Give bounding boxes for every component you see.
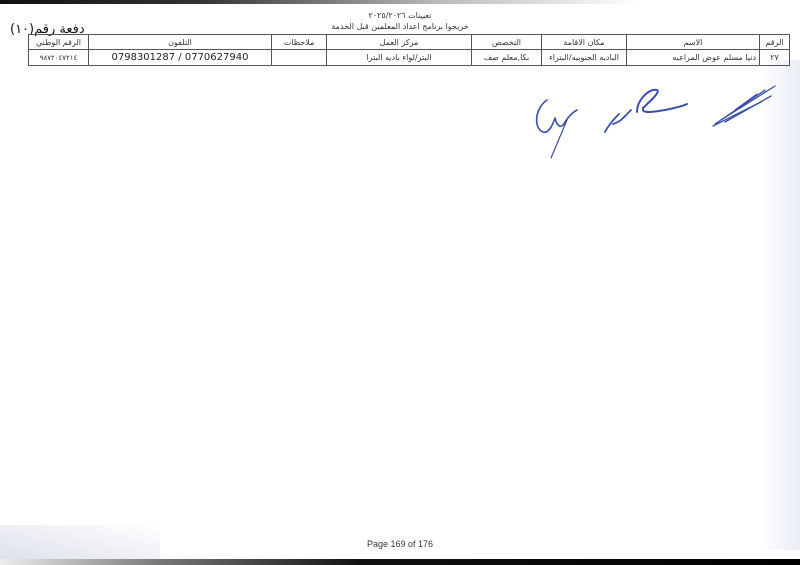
cell-national-id: ٩٨٧٢٠٤٧٢١٤	[29, 50, 89, 66]
cell-specialization: بكا,معلم صف	[472, 50, 542, 66]
cell-number: ٢٧	[760, 50, 790, 66]
header-notes: ملاحظات	[272, 35, 327, 50]
page-number: Page 169 of 176	[0, 539, 800, 549]
cell-residence: الباديه الجنوبيه/البتراء	[542, 50, 627, 66]
graduates-table: الرقم الاسم مكان الاقامة التخصص مركز الع…	[28, 34, 790, 66]
header-number: الرقم	[760, 35, 790, 50]
signature-3	[713, 86, 775, 126]
header-phone: التلفون	[89, 35, 272, 50]
header-national-id: الرقم الوطني	[29, 35, 89, 50]
cell-notes	[272, 50, 327, 66]
header-specialization: التخصص	[472, 35, 542, 50]
signatures-area	[525, 80, 785, 170]
document-title: تعيينات ٢٠٢٥/٢٠٢٦	[300, 11, 500, 20]
header-residence: مكان الاقامة	[542, 35, 627, 50]
table-row: ٢٧ دنيا مسلم عوض المراعيه الباديه الجنوب…	[29, 50, 790, 66]
document-subtitle: خريجوا برنامج اعداد المعلمين قبل الخدمة	[290, 22, 510, 31]
table-header-row: الرقم الاسم مكان الاقامة التخصص مركز الع…	[29, 35, 790, 50]
signature-1	[537, 100, 577, 158]
signature-2	[605, 90, 687, 132]
cell-phone: 0798301287 / 0770627940	[89, 50, 272, 66]
cell-name: دنيا مسلم عوض المراعيه	[627, 50, 760, 66]
scan-edge-bottom	[0, 559, 800, 565]
header-name: الاسم	[627, 35, 760, 50]
header-work-center: مركز العمل	[327, 35, 472, 50]
cell-work-center: البتر/لواء باديه البترا	[327, 50, 472, 66]
scan-edge-top	[0, 0, 800, 4]
